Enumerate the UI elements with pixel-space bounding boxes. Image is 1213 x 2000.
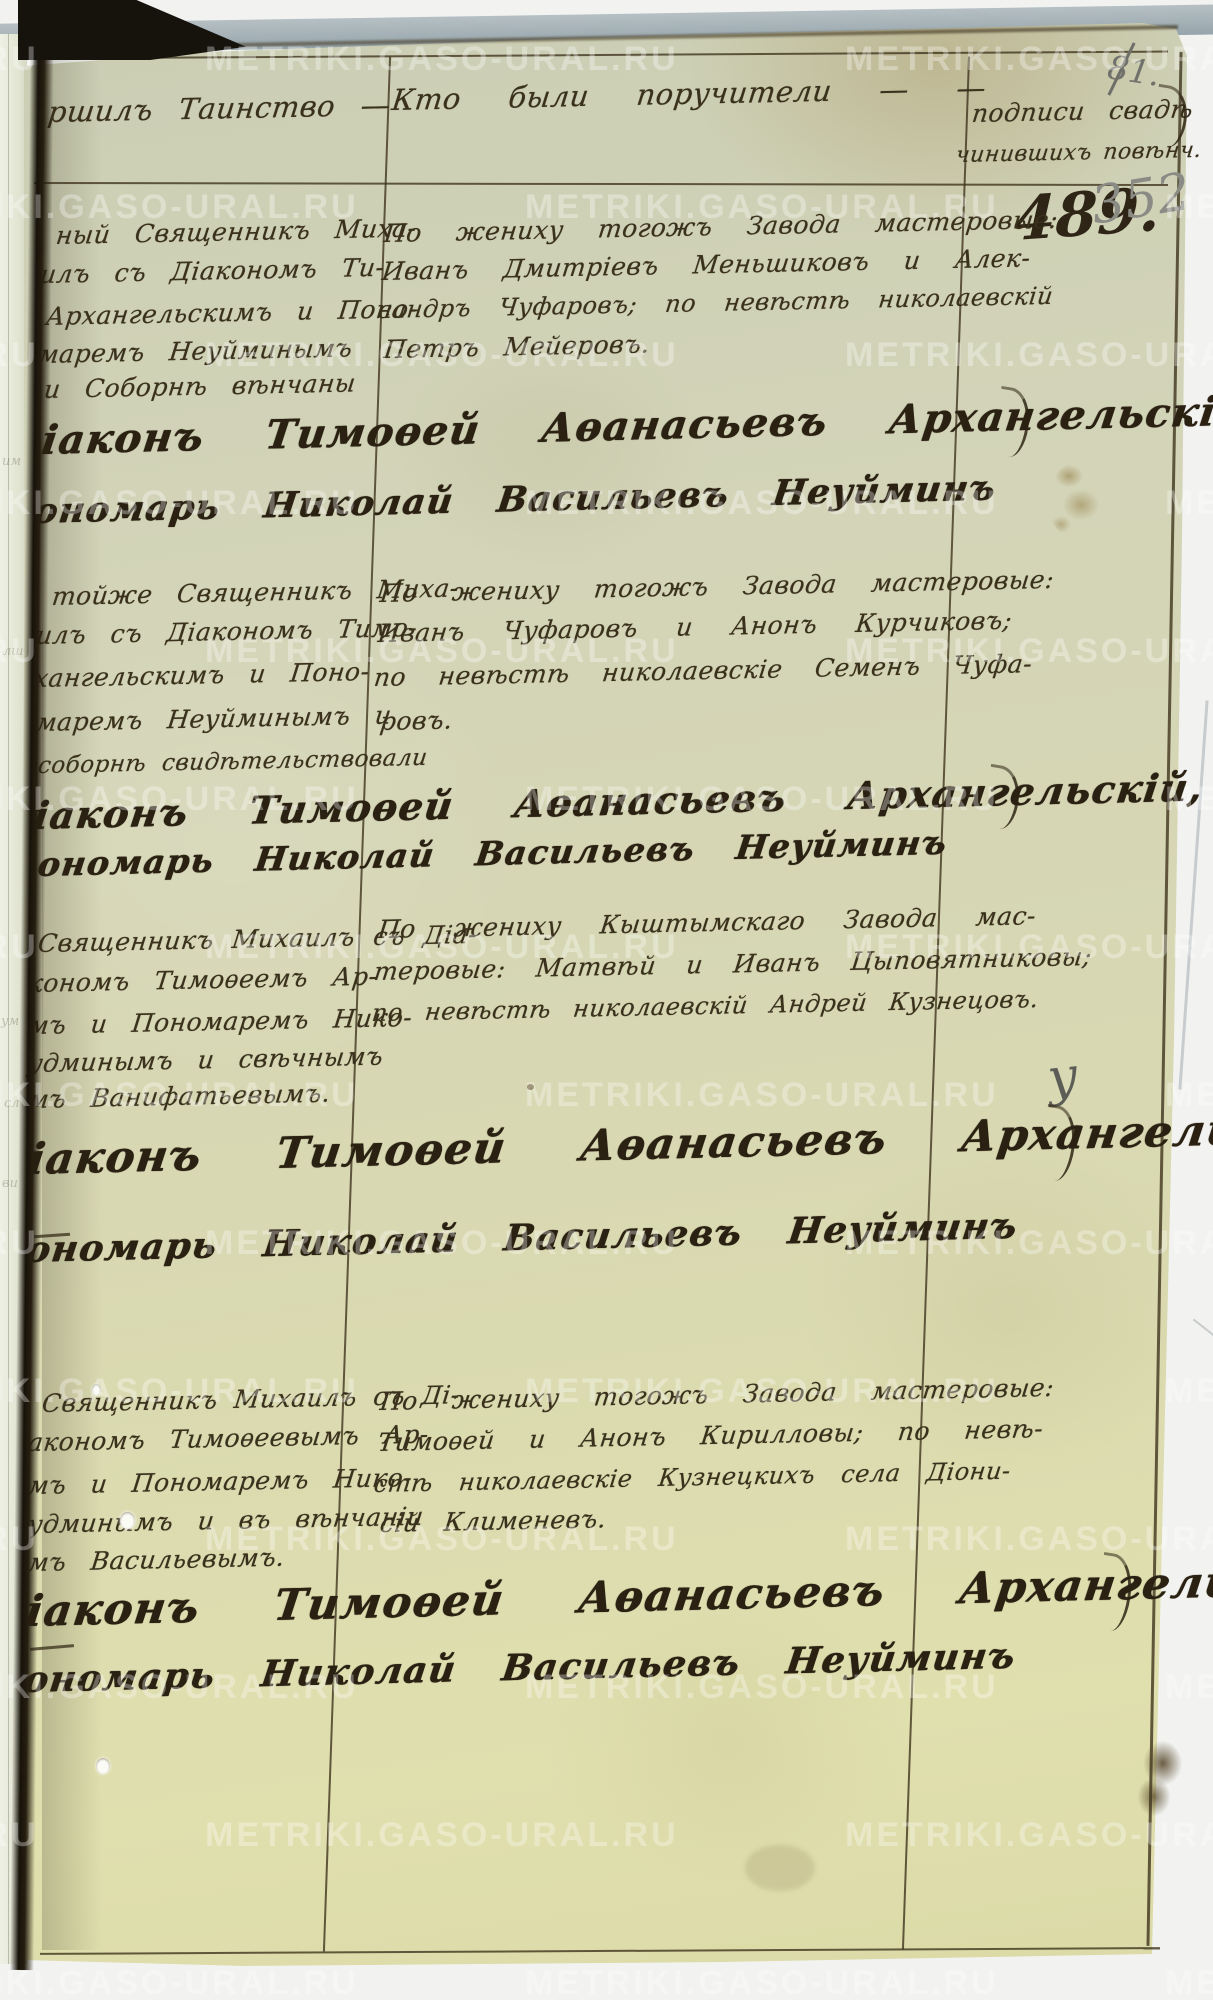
watermark-text: METRIKI.GASO-URAL.RU: [525, 188, 999, 227]
watermark-text: METRIKI.GASO-URAL.RU: [525, 484, 999, 523]
watermark-text: METRIKI.GASO-URAL.RU: [0, 484, 359, 523]
watermark-text: METRIKI.GASO-URAL.RU: [205, 1520, 679, 1559]
watermark-text: METRIKI.GASO-URAL.RU: [0, 1076, 359, 1115]
watermark-text: METRIKI.GASO-URAL.RU: [0, 40, 39, 79]
watermark-text: METRIKI.GASO-URAL.RU: [525, 1372, 999, 1411]
watermark-text: METRIKI.GASO-URAL.RU: [1165, 484, 1213, 523]
watermark-text: METRIKI.GASO-URAL.RU: [0, 1668, 359, 1707]
watermark-text: METRIKI.GASO-URAL.RU: [205, 1224, 679, 1263]
watermark-text: METRIKI.GASO-URAL.RU: [845, 632, 1213, 671]
watermark-text: METRIKI.GASO-URAL.RU: [0, 780, 359, 819]
watermark-text: METRIKI.GASO-URAL.RU: [205, 928, 679, 967]
watermark-text: METRIKI.GASO-URAL.RU: [1165, 1372, 1213, 1411]
watermark-text: METRIKI.GASO-URAL.RU: [0, 336, 39, 375]
watermark-text: METRIKI.GASO-URAL.RU: [205, 1816, 679, 1855]
watermark-text: METRIKI.GASO-URAL.RU: [1165, 780, 1213, 819]
watermark-text: METRIKI.GASO-URAL.RU: [525, 780, 999, 819]
watermark-text: METRIKI.GASO-URAL.RU: [1165, 1668, 1213, 1707]
watermark-text: METRIKI.GASO-URAL.RU: [1165, 188, 1213, 227]
watermark-text: METRIKI.GASO-URAL.RU: [205, 40, 679, 79]
watermark-text: METRIKI.GASO-URAL.RU: [205, 632, 679, 671]
watermark-layer: METRIKI.GASO-URAL.RUMETRIKI.GASO-URAL.RU…: [0, 0, 1213, 2000]
watermark-text: METRIKI.GASO-URAL.RU: [845, 1520, 1213, 1559]
watermark-text: METRIKI.GASO-URAL.RU: [845, 40, 1213, 79]
watermark-text: METRIKI.GASO-URAL.RU: [0, 1372, 359, 1411]
watermark-text: METRIKI.GASO-URAL.RU: [205, 336, 679, 375]
watermark-text: METRIKI.GASO-URAL.RU: [845, 1816, 1213, 1855]
watermark-text: METRIKI.GASO-URAL.RU: [845, 336, 1213, 375]
scanned-metric-book-page: им лш ум сл ви ршилъ Таинство — Кто были…: [0, 0, 1213, 2000]
watermark-text: METRIKI.GASO-URAL.RU: [525, 1076, 999, 1115]
watermark-text: METRIKI.GASO-URAL.RU: [0, 632, 39, 671]
watermark-text: METRIKI.GASO-URAL.RU: [0, 1816, 39, 1855]
watermark-text: METRIKI.GASO-URAL.RU: [845, 928, 1213, 967]
watermark-text: METRIKI.GASO-URAL.RU: [845, 1224, 1213, 1263]
watermark-text: METRIKI.GASO-URAL.RU: [1165, 1076, 1213, 1115]
watermark-text: METRIKI.GASO-URAL.RU: [1165, 1964, 1213, 2000]
watermark-text: METRIKI.GASO-URAL.RU: [0, 188, 359, 227]
watermark-text: METRIKI.GASO-URAL.RU: [0, 928, 39, 967]
watermark-text: METRIKI.GASO-URAL.RU: [525, 1964, 999, 2000]
watermark-text: METRIKI.GASO-URAL.RU: [525, 1668, 999, 1707]
watermark-text: METRIKI.GASO-URAL.RU: [0, 1224, 39, 1263]
watermark-text: METRIKI.GASO-URAL.RU: [0, 1964, 359, 2000]
watermark-text: METRIKI.GASO-URAL.RU: [0, 1520, 39, 1559]
